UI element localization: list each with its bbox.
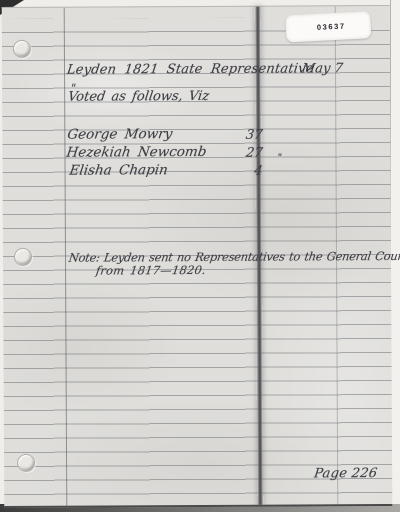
result-votes-2: 27 [234, 147, 264, 160]
notebook-page: 03637 Leyden 1821 State Representative M… [2, 5, 393, 508]
ditto-mark: " [277, 154, 283, 164]
punch-hole-top [13, 40, 31, 58]
heading-date: May 7 [301, 62, 344, 75]
result-name-2: Hezekiah Newcomb [65, 146, 207, 160]
scanned-document: 03637 Leyden 1821 State Representative M… [0, 0, 400, 512]
page-number: Page 226 [313, 467, 378, 480]
heading-title: Leyden 1821 State Representative [66, 62, 314, 76]
subheading: Voted as follows, Viz [67, 90, 210, 104]
catalog-number-sticker: 03637 [285, 11, 371, 42]
punch-hole-middle [14, 248, 32, 266]
result-votes-3: 4 [234, 165, 264, 178]
result-votes-1: 37 [233, 129, 263, 142]
punch-hole-bottom [17, 454, 35, 472]
note-line-1: Note: Leyden sent no Representatives to … [68, 251, 400, 264]
catalog-number: 03637 [311, 21, 346, 32]
result-name-3: Elisha Chapin [69, 164, 169, 178]
result-name-1: George Mowry [66, 128, 173, 142]
note-line-2: from 1817—1820. [95, 265, 206, 277]
